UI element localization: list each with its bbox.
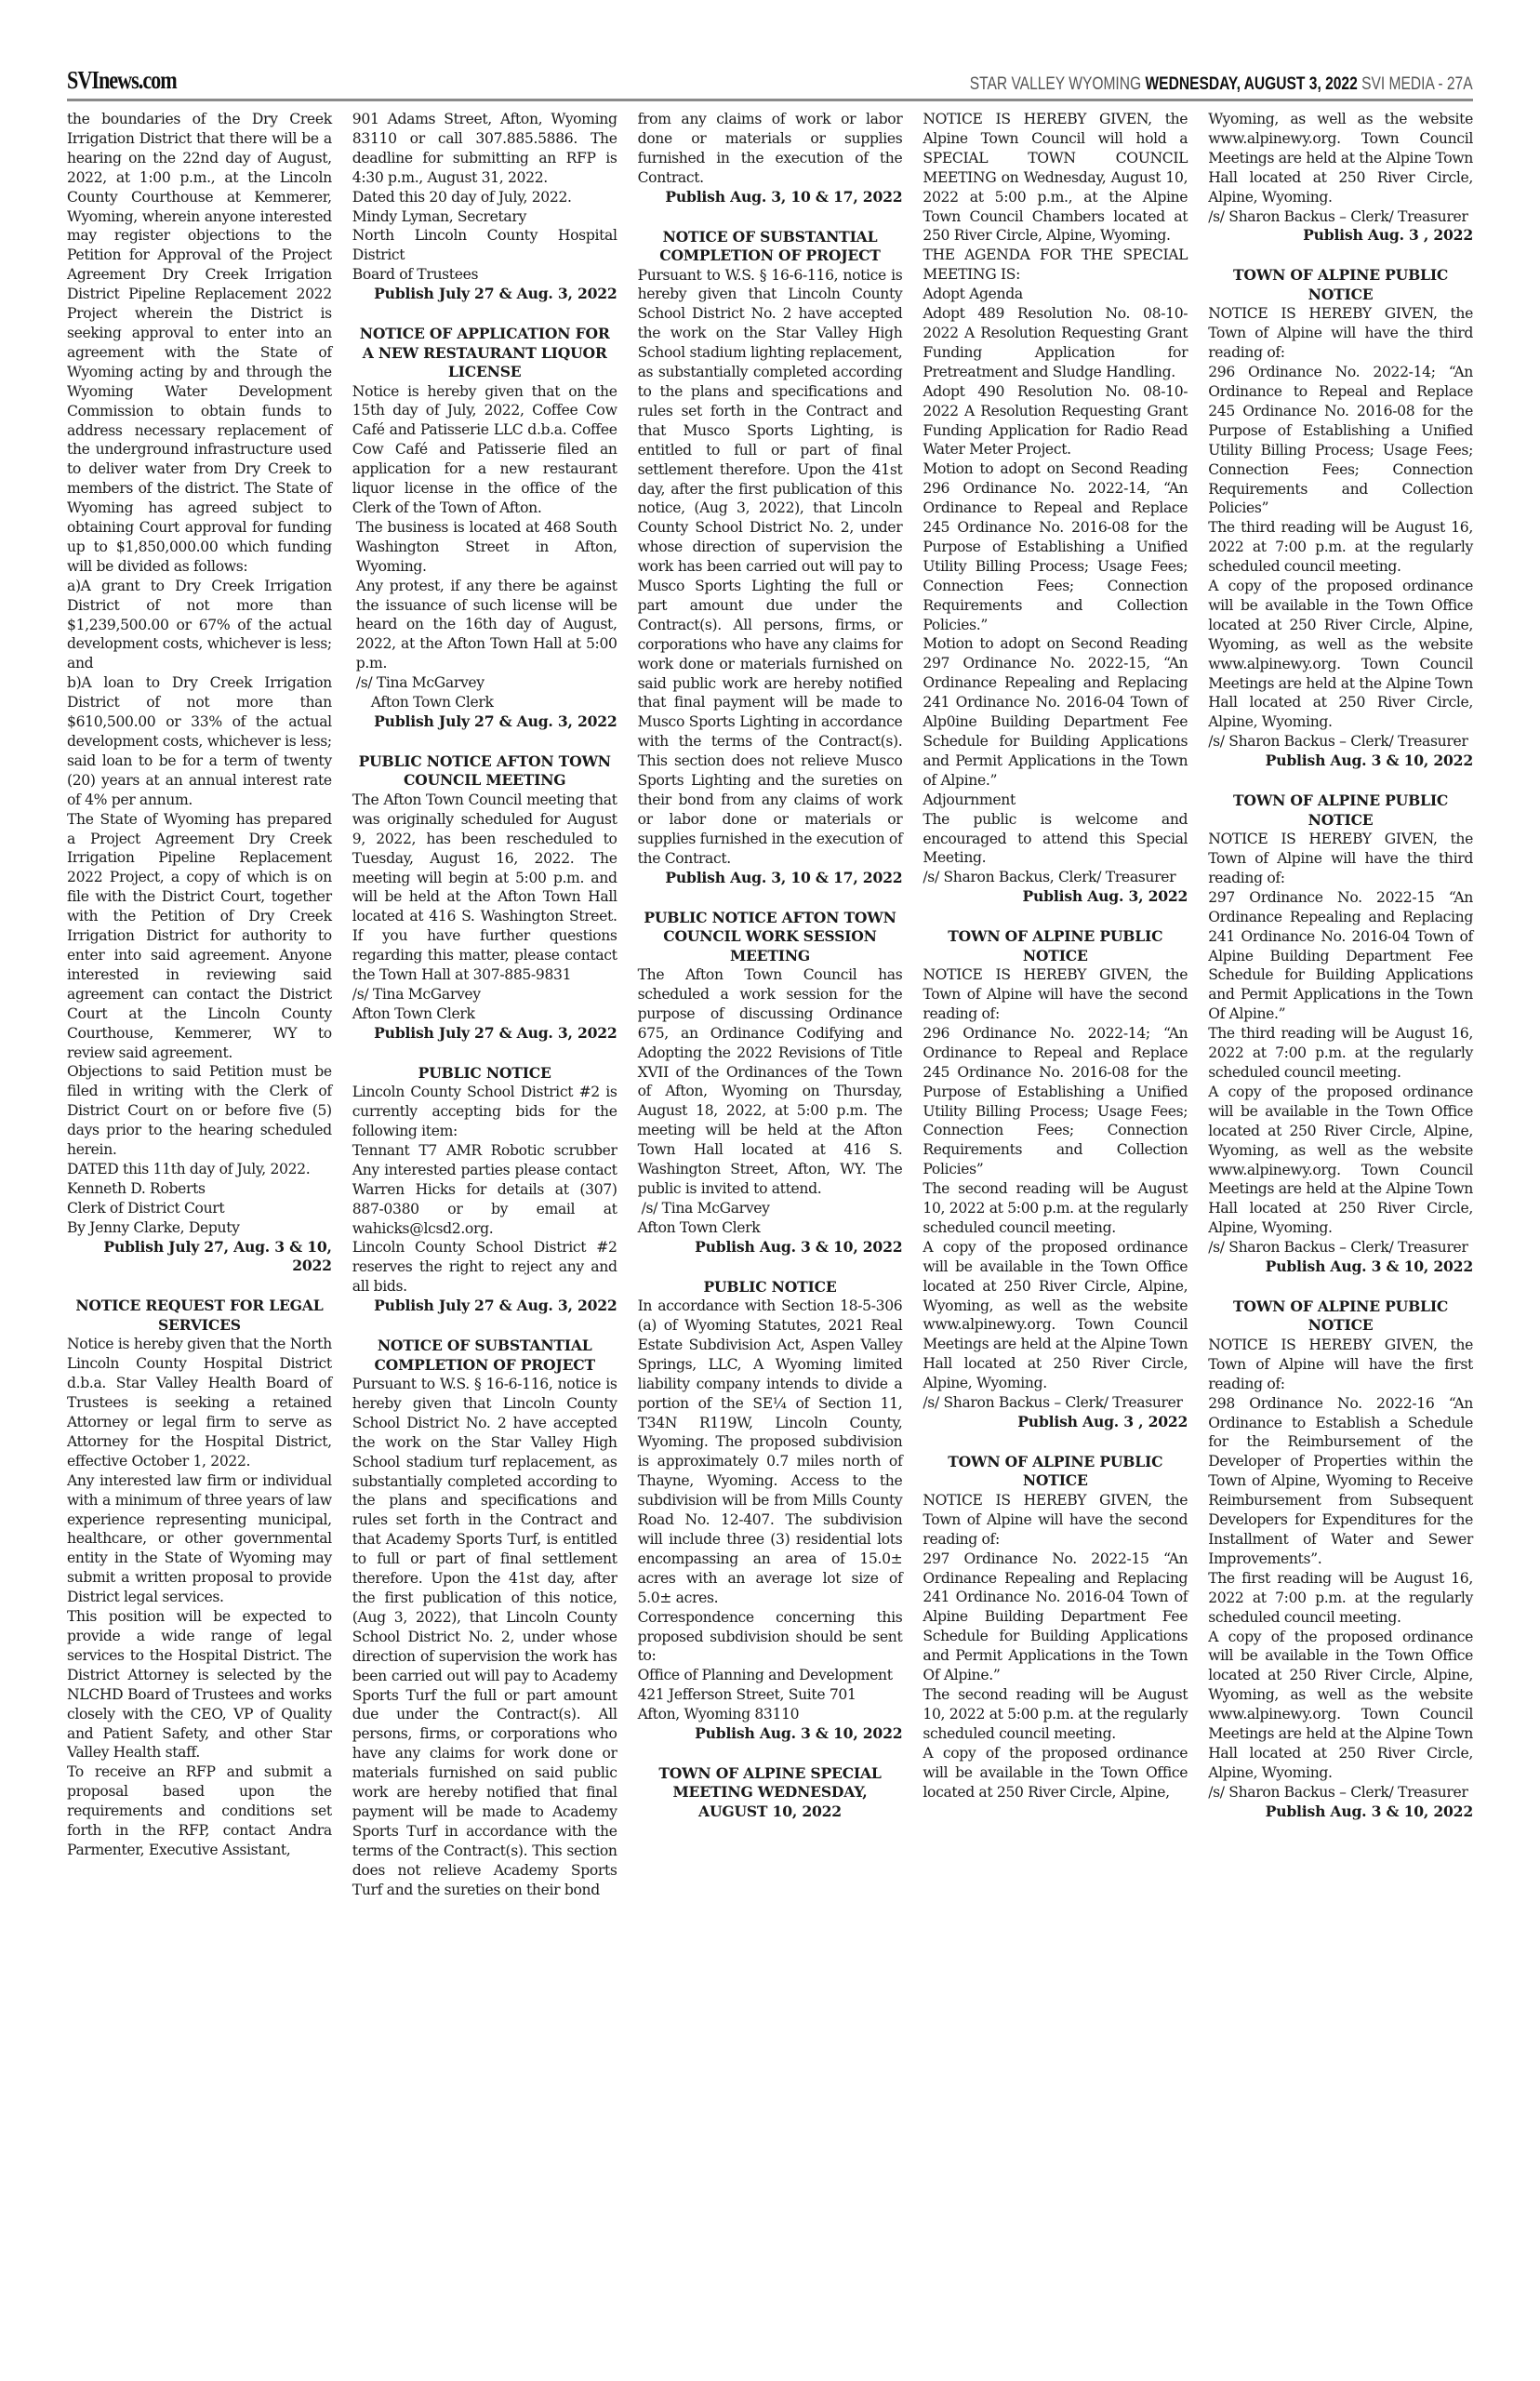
notice-heading: TOWN OF ALPINE PUBLIC NOTICE xyxy=(1208,791,1473,830)
paragraph: 421 Jefferson Street, Suite 701 xyxy=(638,1685,903,1705)
paragraph: A copy of the proposed ordinance will be… xyxy=(1208,1083,1473,1238)
paragraph: 901 Adams Street, Afton, Wyoming 83110 o… xyxy=(352,110,617,188)
column-2: 901 Adams Street, Afton, Wyoming 83110 o… xyxy=(352,110,617,2361)
paragraph: Motion to adopt on Second Reading 297 Or… xyxy=(923,634,1188,790)
paragraph: Pursuant to W.S. § 16-6-116, notice is h… xyxy=(638,266,903,869)
paragraph: Afton Town Clerk xyxy=(638,1218,903,1238)
publish-line: Publish Aug. 3, 10 & 17, 2022 xyxy=(638,188,903,207)
paragraph: 296 Ordinance No. 2022-14; “An Ordinance… xyxy=(923,1024,1188,1179)
paragraph: The Afton Town Council has scheduled a w… xyxy=(638,965,903,1199)
publish-line: Publish Aug. 3, 10 & 17, 2022 xyxy=(638,869,903,888)
paragraph: NOTICE IS HEREBY GIVEN, the Town of Alpi… xyxy=(1208,830,1473,888)
publish-line: Publish Aug. 3 , 2022 xyxy=(923,1413,1188,1432)
notice-heading: PUBLIC NOTICE xyxy=(352,1064,617,1084)
notice-heading: TOWN OF ALPINE PUBLIC NOTICE xyxy=(923,1453,1188,1491)
paragraph: Objections to said Petition must be file… xyxy=(67,1062,332,1160)
legal-notices: the boundaries of the Dry Creek Irrigati… xyxy=(67,110,1473,2361)
paragraph: This position will be expected to provid… xyxy=(67,1607,332,1762)
paragraph: Adopt Agenda xyxy=(923,285,1188,304)
paragraph: /s/ Sharon Backus, Clerk/ Treasurer xyxy=(923,868,1188,887)
page-header: SVInews.com STAR VALLEY WYOMING WEDNESDA… xyxy=(67,67,1473,95)
paragraph: The Afton Town Council meeting that was … xyxy=(352,791,617,985)
paragraph: The public is welcome and encouraged to … xyxy=(923,810,1188,869)
paragraph: NOTICE IS HEREBY GIVEN, the Town of Alpi… xyxy=(1208,1336,1473,1394)
paragraph: A copy of the proposed ordinance will be… xyxy=(923,1744,1188,1802)
notice-heading: TOWN OF ALPINE SPECIAL MEETING WEDNESDAY… xyxy=(638,1764,903,1822)
notice-heading: NOTICE OF SUBSTANTIAL COMPLETION OF PROJ… xyxy=(638,228,903,266)
paragraph: 297 Ordinance No. 2022-15 “An Ordinance … xyxy=(923,1550,1188,1685)
paragraph: Correspondence concerning this proposed … xyxy=(638,1608,903,1667)
publish-line: Publish July 27, Aug. 3 & 10, 2022 xyxy=(67,1238,332,1277)
paragraph: Lincoln County School District #2 reserv… xyxy=(352,1238,617,1297)
paragraph: In accordance with Section 18-5-306 (a) … xyxy=(638,1297,903,1608)
paragraph: The third reading will be August 16, 202… xyxy=(1208,518,1473,577)
paragraph: THE AGENDA FOR THE SPECIAL MEETING IS: xyxy=(923,246,1188,285)
paragraph: A copy of the proposed ordinance will be… xyxy=(923,1238,1188,1393)
paragraph: Office of Planning and Development xyxy=(638,1666,903,1685)
paragraph: /s/ Sharon Backus – Clerk/ Treasurer xyxy=(1208,1238,1473,1257)
publish-line: Publish Aug. 3 & 10, 2022 xyxy=(1208,1802,1473,1822)
paragraph: NOTICE IS HEREBY GIVEN, the Town of Alpi… xyxy=(923,1491,1188,1550)
site-name: SVInews.com xyxy=(67,66,177,95)
paragraph: Afton Town Clerk xyxy=(352,693,617,712)
publish-line: Publish Aug. 3 , 2022 xyxy=(1208,226,1473,246)
column-4: NOTICE IS HEREBY GIVEN, the Alpine Town … xyxy=(923,110,1188,2361)
paragraph: 298 Ordinance No. 2022-16 “An Ordinance … xyxy=(1208,1394,1473,1569)
paragraph: Board of Trustees xyxy=(352,265,617,285)
publish-line: Publish Aug. 3 & 10, 2022 xyxy=(1208,752,1473,771)
paragraph: b)A loan to Dry Creek Irrigation Distric… xyxy=(67,673,332,809)
paragraph: A copy of the proposed ordinance will be… xyxy=(1208,577,1473,732)
paragraph: /s/ Tina McGarvey xyxy=(638,1199,903,1218)
paragraph: /s/ Sharon Backus – Clerk/ Treasurer xyxy=(1208,732,1473,752)
paragraph: /s/ Sharon Backus – Clerk/ Treasurer xyxy=(1208,1783,1473,1802)
paragraph: Motion to adopt on Second Reading 296 Or… xyxy=(923,459,1188,634)
paragraph: To receive an RFP and submit a proposal … xyxy=(67,1762,332,1860)
paragraph: NOTICE IS HEREBY GIVEN, the Alpine Town … xyxy=(923,110,1188,246)
paragraph: By Jenny Clarke, Deputy xyxy=(67,1218,332,1238)
paragraph: NOTICE IS HEREBY GIVEN, the Town of Alpi… xyxy=(923,965,1188,1024)
paragraph: Adopt 489 Resolution No. 08-10-2022 A Re… xyxy=(923,304,1188,382)
notice-heading: TOWN OF ALPINE PUBLIC NOTICE xyxy=(1208,266,1473,304)
paragraph: Kenneth D. Roberts xyxy=(67,1179,332,1199)
publish-line: Publish July 27 & Aug. 3, 2022 xyxy=(352,285,617,304)
paragraph: A copy of the proposed ordinance will be… xyxy=(1208,1628,1473,1783)
paragraph: Any protest, if any there be against the… xyxy=(352,577,617,674)
paragraph: The first reading will be August 16, 202… xyxy=(1208,1569,1473,1628)
paragraph: Adopt 490 Resolution No. 08-10-2022 A Re… xyxy=(923,382,1188,460)
paragraph: 297 Ordinance No. 2022-15 “An Ordinance … xyxy=(1208,888,1473,1024)
paragraph: Lincoln County School District #2 is cur… xyxy=(352,1083,617,1141)
paragraph: Adjournment xyxy=(923,791,1188,810)
paragraph: /s/ Tina McGarvey xyxy=(352,985,617,1004)
paragraph: /s/ Sharon Backus – Clerk/ Treasurer xyxy=(923,1393,1188,1413)
paragraph: The third reading will be August 16, 202… xyxy=(1208,1024,1473,1083)
header-rule xyxy=(67,99,1473,101)
paragraph: from any claims of work or labor done or… xyxy=(638,110,903,188)
paragraph: Notice is hereby given that the North Li… xyxy=(67,1335,332,1470)
publish-line: Publish July 27 & Aug. 3, 2022 xyxy=(352,712,617,732)
notice-heading: NOTICE OF APPLICATION FOR A NEW RESTAURA… xyxy=(352,325,617,382)
paragraph: the boundaries of the Dry Creek Irrigati… xyxy=(67,110,332,577)
paragraph: Any interested law firm or individual wi… xyxy=(67,1471,332,1607)
notice-heading: PUBLIC NOTICE AFTON TOWN COUNCIL WORK SE… xyxy=(638,909,903,966)
publish-line: Publish July 27 & Aug. 3, 2022 xyxy=(352,1024,617,1044)
paragraph: DATED this 11th day of July, 2022. xyxy=(67,1160,332,1179)
paragraph: a)A grant to Dry Creek Irrigation Distri… xyxy=(67,577,332,674)
paragraph: NOTICE IS HEREBY GIVEN, the Town of Alpi… xyxy=(1208,304,1473,363)
notice-heading: PUBLIC NOTICE AFTON TOWN COUNCIL MEETING xyxy=(352,752,617,791)
paragraph: The second reading will be August 10, 20… xyxy=(923,1179,1188,1238)
paragraph: 296 Ordinance No. 2022-14; “An Ordinance… xyxy=(1208,363,1473,518)
paragraph: Mindy Lyman, Secretary xyxy=(352,207,617,227)
paragraph: The second reading will be August 10, 20… xyxy=(923,1685,1188,1744)
paragraph: Afton Town Clerk xyxy=(352,1004,617,1024)
paragraph: /s/ Sharon Backus – Clerk/ Treasurer xyxy=(1208,207,1473,227)
notice-heading: PUBLIC NOTICE xyxy=(638,1278,903,1297)
paragraph: Tennant T7 AMR Robotic scrubber Any inte… xyxy=(352,1141,617,1239)
column-3: from any claims of work or labor done or… xyxy=(638,110,903,2361)
dateline: STAR VALLEY WYOMING WEDNESDAY, AUGUST 3,… xyxy=(970,74,1473,95)
paragraph: /s/ Tina McGarvey xyxy=(352,673,617,693)
notice-heading: NOTICE REQUEST FOR LEGAL SERVICES xyxy=(67,1297,332,1335)
publish-line: Publish Aug. 3 & 10, 2022 xyxy=(638,1238,903,1257)
publish-line: Publish July 27 & Aug. 3, 2022 xyxy=(352,1297,617,1316)
paragraph: The business is located at 468 South Was… xyxy=(352,518,617,577)
paragraph: Clerk of District Court xyxy=(67,1199,332,1218)
paragraph: The State of Wyoming has prepared a Proj… xyxy=(67,810,332,1063)
paragraph: Afton, Wyoming 83110 xyxy=(638,1705,903,1724)
publish-line: Publish Aug. 3 & 10, 2022 xyxy=(638,1724,903,1744)
publish-line: Publish Aug. 3 & 10, 2022 xyxy=(1208,1257,1473,1277)
paragraph: Notice is hereby given that on the 15th … xyxy=(352,382,617,518)
paragraph: Wyoming, as well as the website www.alpi… xyxy=(1208,110,1473,207)
dateline-location: STAR VALLEY WYOMING xyxy=(970,74,1141,94)
dateline-date: WEDNESDAY, AUGUST 3, 2022 xyxy=(1146,74,1358,94)
notice-heading: NOTICE OF SUBSTANTIAL COMPLETION OF PROJ… xyxy=(352,1337,617,1375)
paragraph: Dated this 20 day of July, 2022. xyxy=(352,188,617,207)
publish-line: Publish Aug. 3, 2022 xyxy=(923,887,1188,907)
notice-heading: TOWN OF ALPINE PUBLIC NOTICE xyxy=(923,927,1188,965)
paragraph: North Lincoln County Hospital District xyxy=(352,226,617,265)
paragraph: Pursuant to W.S. § 16-6-116, notice is h… xyxy=(352,1375,617,1899)
column-1: the boundaries of the Dry Creek Irrigati… xyxy=(67,110,332,2361)
column-5: Wyoming, as well as the website www.alpi… xyxy=(1208,110,1473,2361)
dateline-page: SVI MEDIA - 27A xyxy=(1361,74,1473,94)
notice-heading: TOWN OF ALPINE PUBLIC NOTICE xyxy=(1208,1297,1473,1336)
